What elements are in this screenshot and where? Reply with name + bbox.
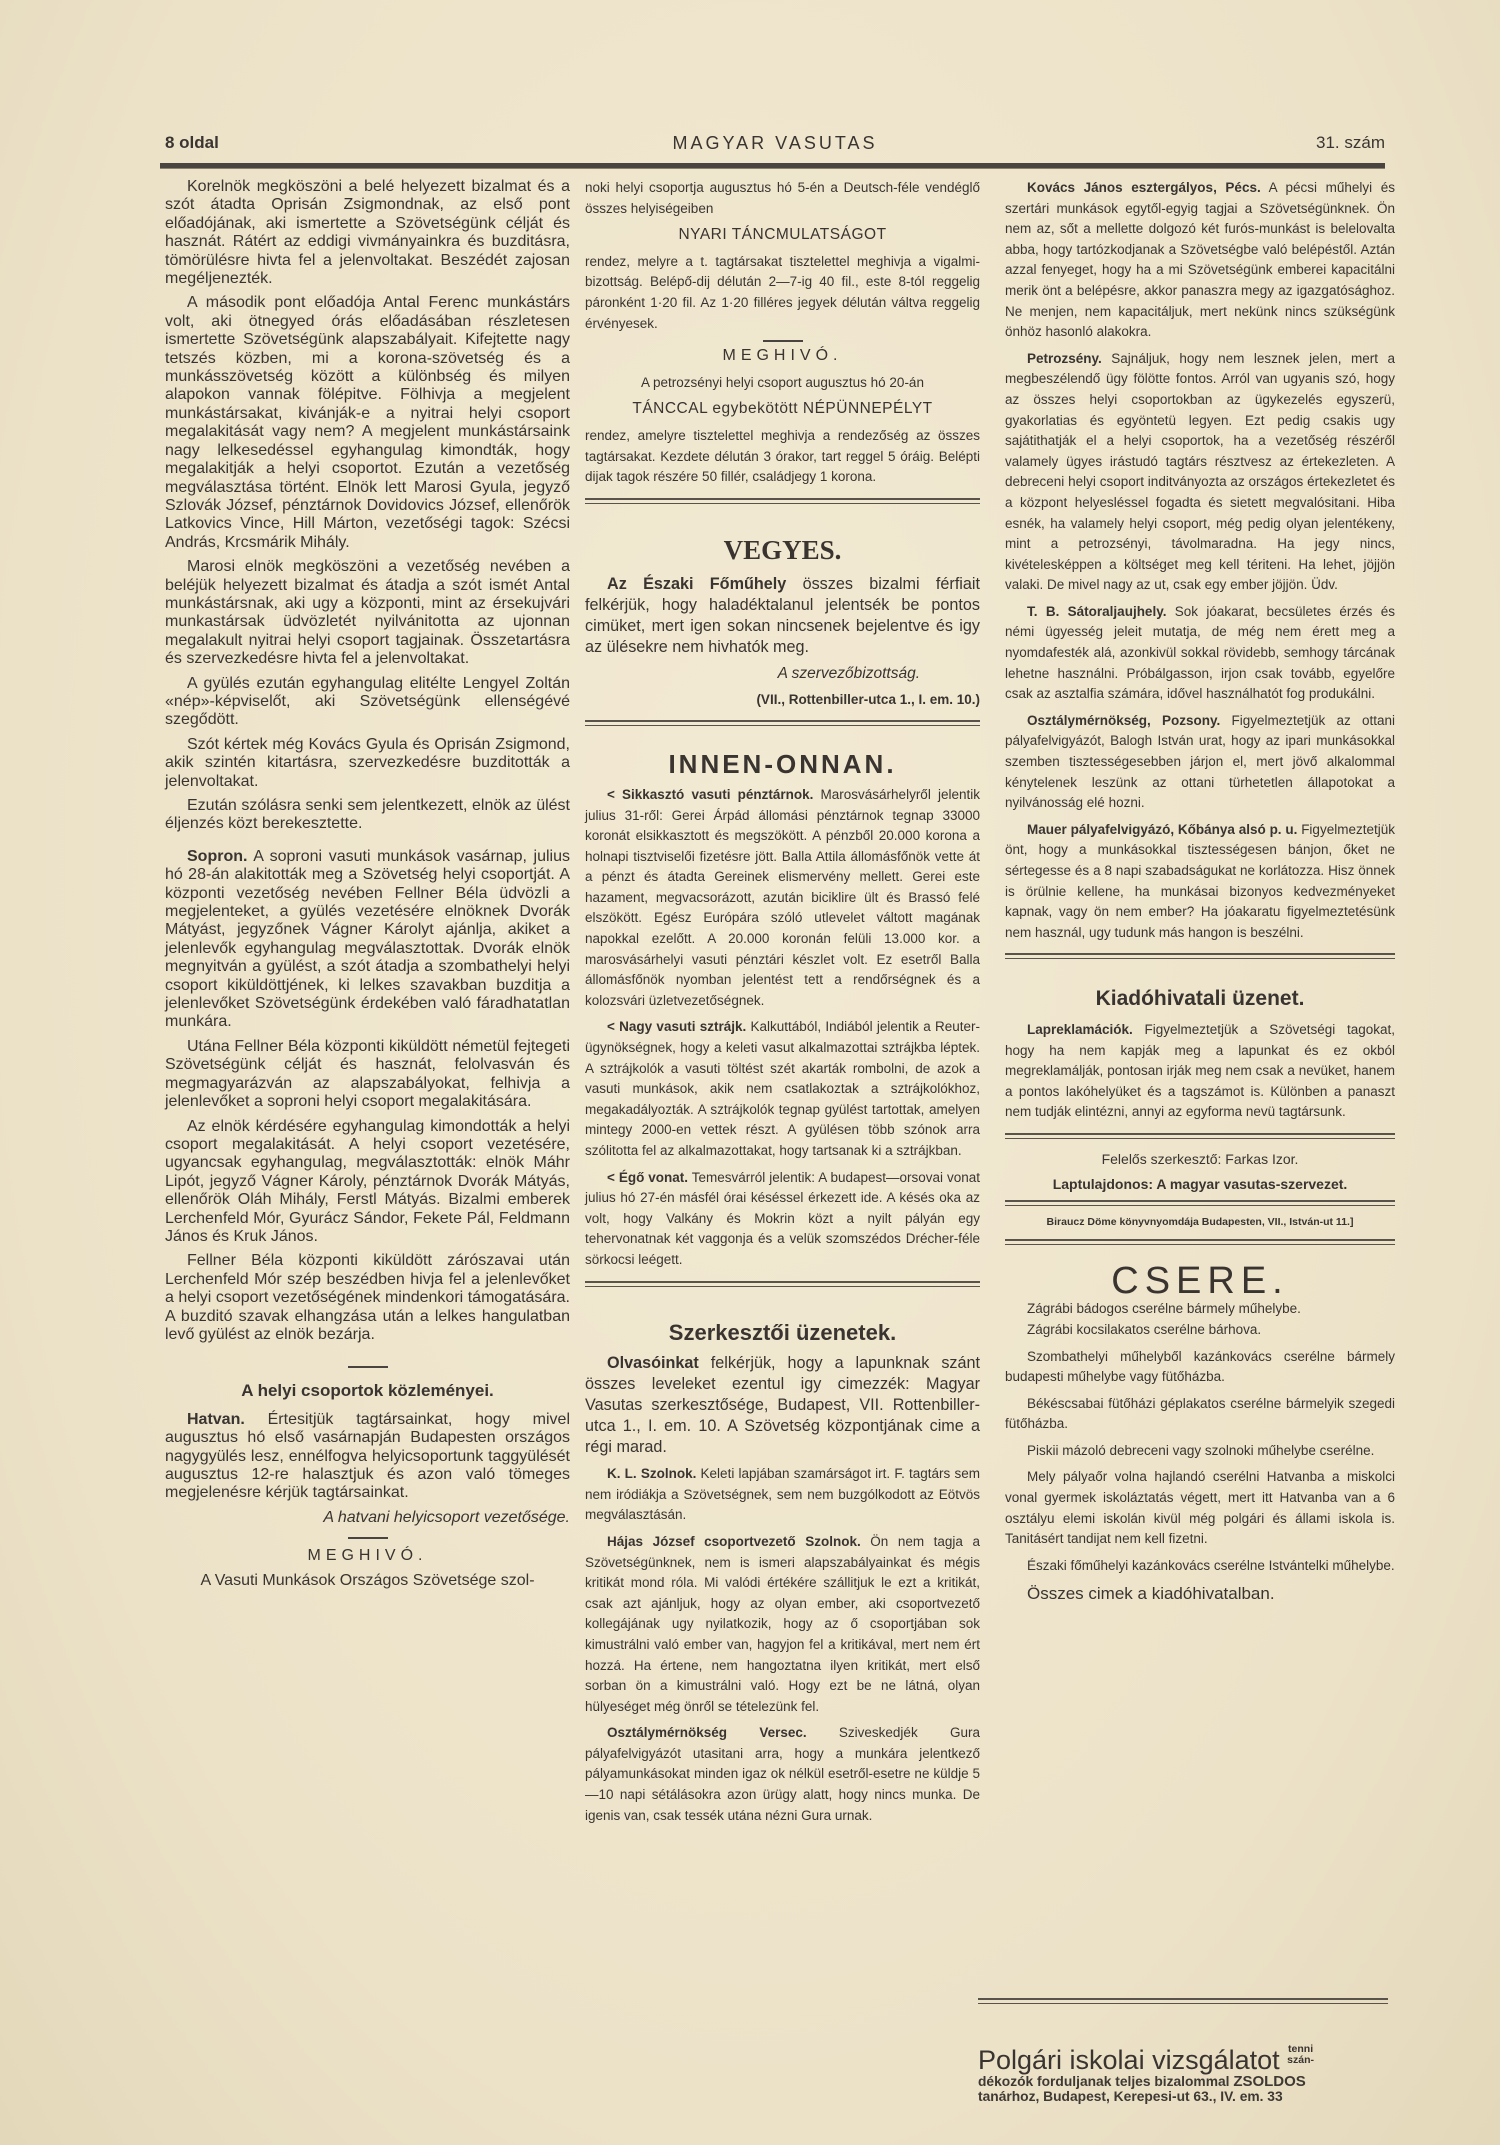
exchange-item: Szombathelyi műhelyből kazánkovács cseré… <box>1005 1347 1395 1388</box>
exchange-item: Északi főműhelyi kazánkovács cserélne Is… <box>1005 1556 1395 1577</box>
paragraph: Korelnök megköszöni a belé helyezett biz… <box>165 178 570 288</box>
reply-kl: K. L. Szolnok. Keleti lapjában szamárság… <box>585 1464 980 1526</box>
paragraph: rendez, melyre a t. tagtársakat tisztele… <box>585 252 980 334</box>
divider <box>1005 1200 1395 1206</box>
column-1: Korelnök megköszöni a belé helyezett biz… <box>165 178 570 1596</box>
divider <box>1005 1133 1395 1139</box>
lead: Hatvan. <box>187 1411 245 1428</box>
event-title: TÁNCCAL egybekötött NÉPÜNNEPÉLYT <box>585 399 980 420</box>
paragraph: A Vasuti Munkások Országos Szövetsége sz… <box>165 1572 570 1590</box>
article-olvasoinkat: Olvasóinkat felkérjük, hogy a lapunknak … <box>585 1353 980 1458</box>
divider <box>978 1998 1388 2004</box>
paragraph: A gyülés ezután egyhangulag elitélte Len… <box>165 675 570 730</box>
divider <box>1005 1239 1395 1245</box>
section-heading: VEGYES. <box>585 534 980 566</box>
article-sikkaszto: < Sikkasztó vasuti pénztárnok. Marosvásá… <box>585 785 980 1012</box>
reply-pozsony: Osztálymérnökség, Pozsony. Figyelmeztetj… <box>1005 711 1395 814</box>
article-eszaki: Az Északi Főműhely összes bizalmi férfia… <box>585 574 980 658</box>
paragraph: rendez, amelyre tisztelettel meghivja a … <box>585 426 980 488</box>
ad-superscript: tenniszán- <box>1287 2044 1314 2066</box>
editor-line: Felelős szerkesztő: Farkas Izor. <box>1005 1149 1395 1170</box>
reply-satoraljaujhely: T. B. Sátoraljaujhely. Sok jóakarat, bec… <box>1005 602 1395 705</box>
paragraph: Ezután szólásra senki sem jelentkezett, … <box>165 797 570 834</box>
printer-line: Biraucz Döme könyvnyomdája Budapesten, V… <box>1005 1212 1395 1233</box>
reply-kovacs: Kovács János esztergályos, Pécs. A pécsi… <box>1005 178 1395 343</box>
masthead: 8 oldal MAGYAR VASUTAS 31. szám <box>165 133 1385 155</box>
exchange-footer: Összes cimek a kiadóhivatalban. <box>1005 1584 1395 1605</box>
paragraph: Szót kértek még Kovács Gyula és Oprisán … <box>165 736 570 791</box>
notice-lapreklamaciok: Lapreklamációk. Figyelmeztetjük a Szövet… <box>1005 1020 1395 1123</box>
column-2: noki helyi csoportja augusztus hó 5-én a… <box>585 178 980 1832</box>
divider <box>585 1281 980 1287</box>
reply-hajas: Hájas József csoportvezető Szolnok. Ön n… <box>585 1532 980 1717</box>
paragraph: Marosi elnök megköszöni a vezetőség nevé… <box>165 558 570 668</box>
exchange-list: Zágrábi bádogos cserélne bármely műhelyb… <box>1005 1299 1395 1576</box>
issue-number: 31. szám <box>1316 133 1385 153</box>
invitation-heading: MEGHIVÓ. <box>585 346 980 367</box>
paragraph: A petrozsényi helyi csoport augusztus hó… <box>585 373 980 394</box>
reply-versec: Osztálymérnökség Versec. Sziveskedjék Gu… <box>585 1723 980 1826</box>
article-hatvan: Hatvan. Értesitjük tagtársainkat, hogy m… <box>165 1411 570 1503</box>
ad-body: dékozók forduljanak teljes bizalommal ZS… <box>978 2075 1388 2104</box>
exchange-item: Zágrábi bádogos cserélne bármely műhelyb… <box>1005 1299 1395 1320</box>
paragraph: Az elnök kérdésére egyhangulag kimondott… <box>165 1118 570 1247</box>
address: (VII., Rottenbiller-utca 1., I. em. 10.) <box>585 690 980 711</box>
article-sztrajk: < Nagy vasuti sztrájk. Kalkuttából, Indi… <box>585 1017 980 1161</box>
exchange-item: Zágrábi kocsilakatos cserélne bárhova. <box>1005 1320 1395 1341</box>
reply-petrozseny: Petrozsény. Sajnáljuk, hogy nem lesznek … <box>1005 349 1395 596</box>
newspaper-title: MAGYAR VASUTAS <box>165 133 1385 154</box>
signature: A hatvani helyicsoport vezetősége. <box>165 1509 570 1527</box>
divider <box>1005 953 1395 959</box>
invitation-heading: MEGHIVÓ. <box>165 1547 570 1565</box>
masthead-rule <box>160 163 1385 169</box>
section-heading: A helyi csoportok közleményei. <box>165 1382 570 1400</box>
exchange-item: Mely pályaőr volna hajlandó cserélni Hat… <box>1005 1467 1395 1549</box>
owner-line: Laptulajdonos: A magyar vasutas-szerveze… <box>1005 1174 1395 1195</box>
section-heading: INNEN-ONNAN. <box>585 754 980 775</box>
paragraph: Utána Fellner Béla központi kiküldött né… <box>165 1038 570 1112</box>
ad-headline: Polgári iskolai vizsgálatot tenniszán- <box>978 2044 1388 2075</box>
divider <box>585 498 980 504</box>
signature: A szervezőbizottság. <box>585 664 980 684</box>
advertisement: Polgári iskolai vizsgálatot tenniszán- d… <box>978 1998 1388 2104</box>
paragraph: Fellner Béla központi kiküldött zárószav… <box>165 1252 570 1344</box>
lead: Sopron. <box>187 848 247 865</box>
reply-mauer: Mauer pályafelvigyázó, Kőbánya alsó p. u… <box>1005 820 1395 944</box>
section-heading: CSERE. <box>1005 1271 1395 1292</box>
event-title: NYARI TÁNCMULATSÁGOT <box>585 225 980 246</box>
exchange-item: Békéscsabai fütőházi géplakatos cserélne… <box>1005 1394 1395 1435</box>
section-heading: Kiadóhivatali üzenet. <box>1005 989 1395 1010</box>
column-3: Kovács János esztergályos, Pécs. A pécsi… <box>1005 178 1395 1611</box>
divider <box>585 720 980 726</box>
divider <box>348 1366 388 1368</box>
paragraph: A második pont előadója Antal Ferenc mun… <box>165 294 570 552</box>
divider <box>763 340 803 342</box>
section-heading: Szerkesztői üzenetek. <box>585 1323 980 1344</box>
article-sopron: Sopron. A soproni vasuti munkások vasárn… <box>165 848 570 1032</box>
divider <box>348 1537 388 1539</box>
exchange-item: Piskii mázoló debreceni vagy szolnoki mű… <box>1005 1441 1395 1462</box>
article-ego-vonat: < Égő vonat. Temesvárról jelentik: A bud… <box>585 1168 980 1271</box>
paragraph: noki helyi csoportja augusztus hó 5-én a… <box>585 178 980 219</box>
